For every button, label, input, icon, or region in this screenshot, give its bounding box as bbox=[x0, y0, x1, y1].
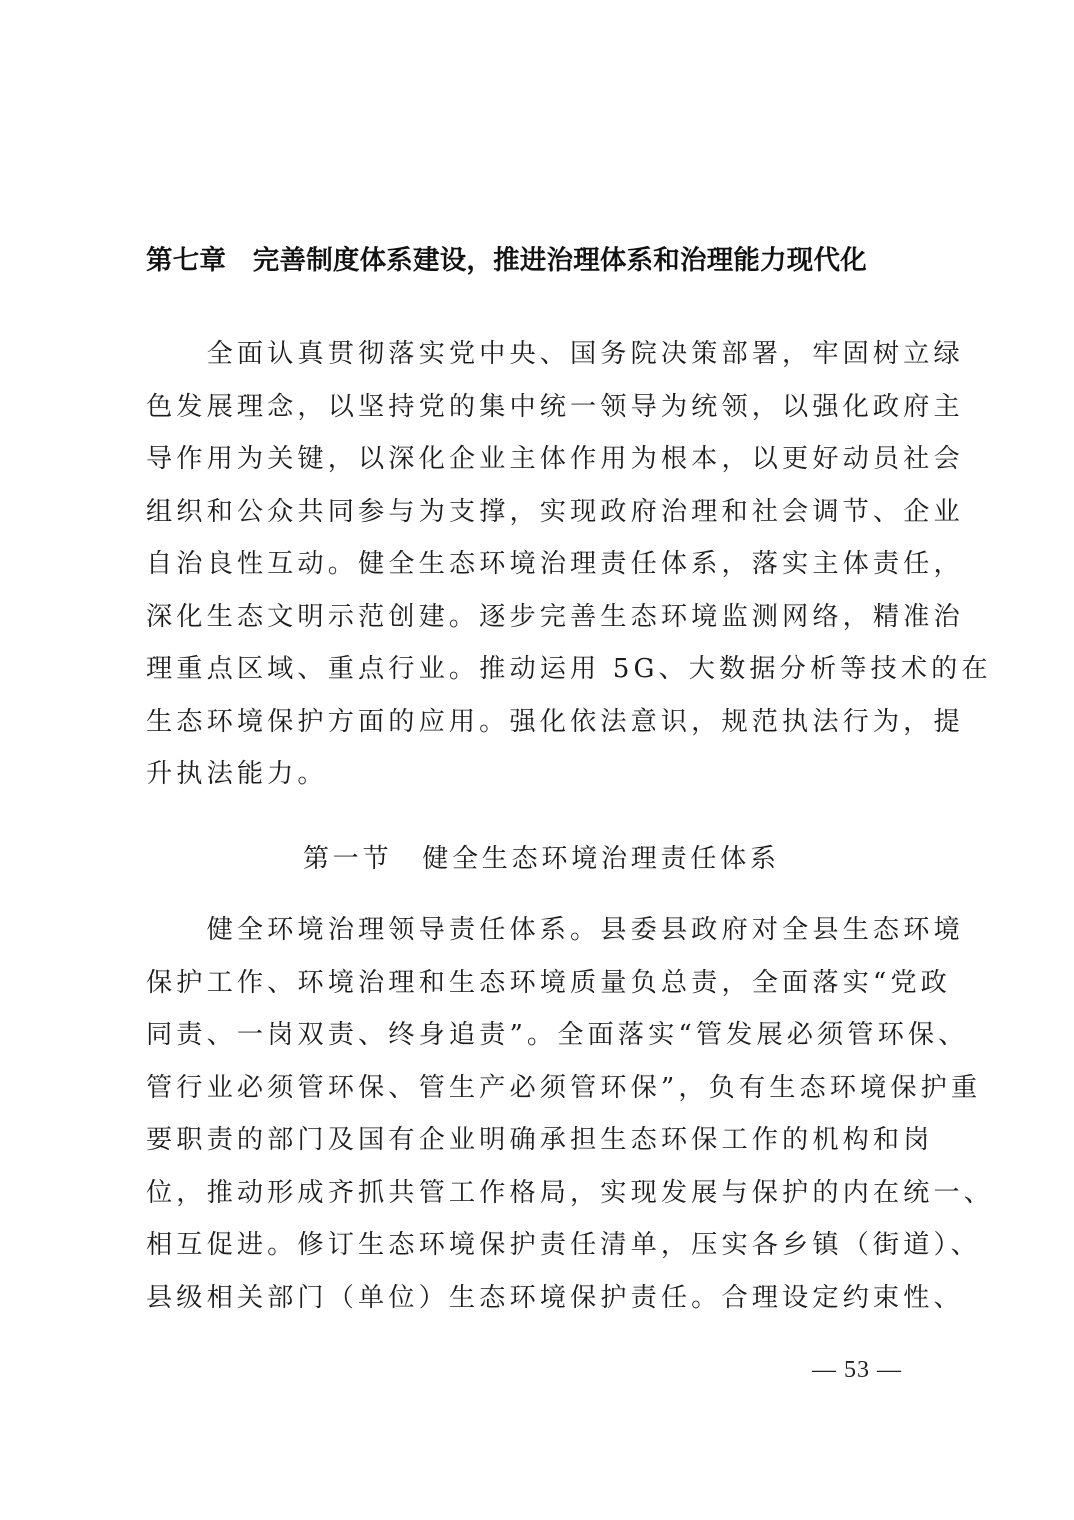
paragraph-line: 全面认真贯彻落实党中央、国务院决策部署，牢固树立绿 bbox=[146, 328, 928, 381]
section-title: 第一节 健全生态环境治理责任体系 bbox=[303, 837, 903, 881]
paragraph-line: 相互促进。修订生态环境保护责任清单，压实各乡镇（街道）、 bbox=[146, 1219, 928, 1272]
paragraph-line: 位，推动形成齐抓共管工作格局，实现发展与保护的内在统一、 bbox=[146, 1167, 928, 1220]
paragraph-chapter-intro: 全面认真贯彻落实党中央、国务院决策部署，牢固树立绿 色发展理念，以坚持党的集中统… bbox=[146, 328, 928, 801]
paragraph-line: 同责、一岗双责、终身追责”。全面落实“管发展必须管环保、 bbox=[146, 1009, 928, 1062]
paragraph-line: 健全环境治理领导责任体系。县委县政府对全县生态环境 bbox=[146, 904, 928, 957]
paragraph-line: 要职责的部门及国有企业明确承担生态环保工作的机构和岗 bbox=[146, 1114, 928, 1167]
paragraph-line: 升执法能力。 bbox=[146, 748, 928, 801]
paragraph-line: 深化生态文明示范创建。逐步完善生态环境监测网络，精准治 bbox=[146, 591, 928, 644]
paragraph-line: 理重点区域、重点行业。推动运用 5G、大数据分析等技术的在 bbox=[146, 643, 928, 696]
paragraph-line: 组织和公众共同参与为支撑，实现政府治理和社会调节、企业 bbox=[146, 486, 928, 539]
paragraph-line: 生态环境保护方面的应用。强化依法意识，规范执法行为，提 bbox=[146, 696, 928, 749]
document-page: 第七章 完善制度体系建设，推进治理体系和治理能力现代化 全面认真贯彻落实党中央、… bbox=[0, 0, 1074, 1520]
paragraph-line: 管行业必须管环保、管生产必须管环保”，负有生态环境保护重 bbox=[146, 1062, 928, 1115]
chapter-title: 第七章 完善制度体系建设，推进治理体系和治理能力现代化 bbox=[146, 239, 936, 283]
paragraph-section-body: 健全环境治理领导责任体系。县委县政府对全县生态环境 保护工作、环境治理和生态环境… bbox=[146, 904, 928, 1324]
paragraph-line: 县级相关部门（单位）生态环境保护责任。合理设定约束性、 bbox=[146, 1272, 928, 1325]
paragraph-line: 保护工作、环境治理和生态环境质量负总责，全面落实“党政 bbox=[146, 957, 928, 1010]
paragraph-line: 自治良性互动。健全生态环境治理责任体系，落实主体责任， bbox=[146, 538, 928, 591]
page-number: — 53 — bbox=[812, 1352, 922, 1388]
paragraph-line: 导作用为关键，以深化企业主体作用为根本，以更好动员社会 bbox=[146, 433, 928, 486]
paragraph-line: 色发展理念，以坚持党的集中统一领导为统领，以强化政府主 bbox=[146, 381, 928, 434]
